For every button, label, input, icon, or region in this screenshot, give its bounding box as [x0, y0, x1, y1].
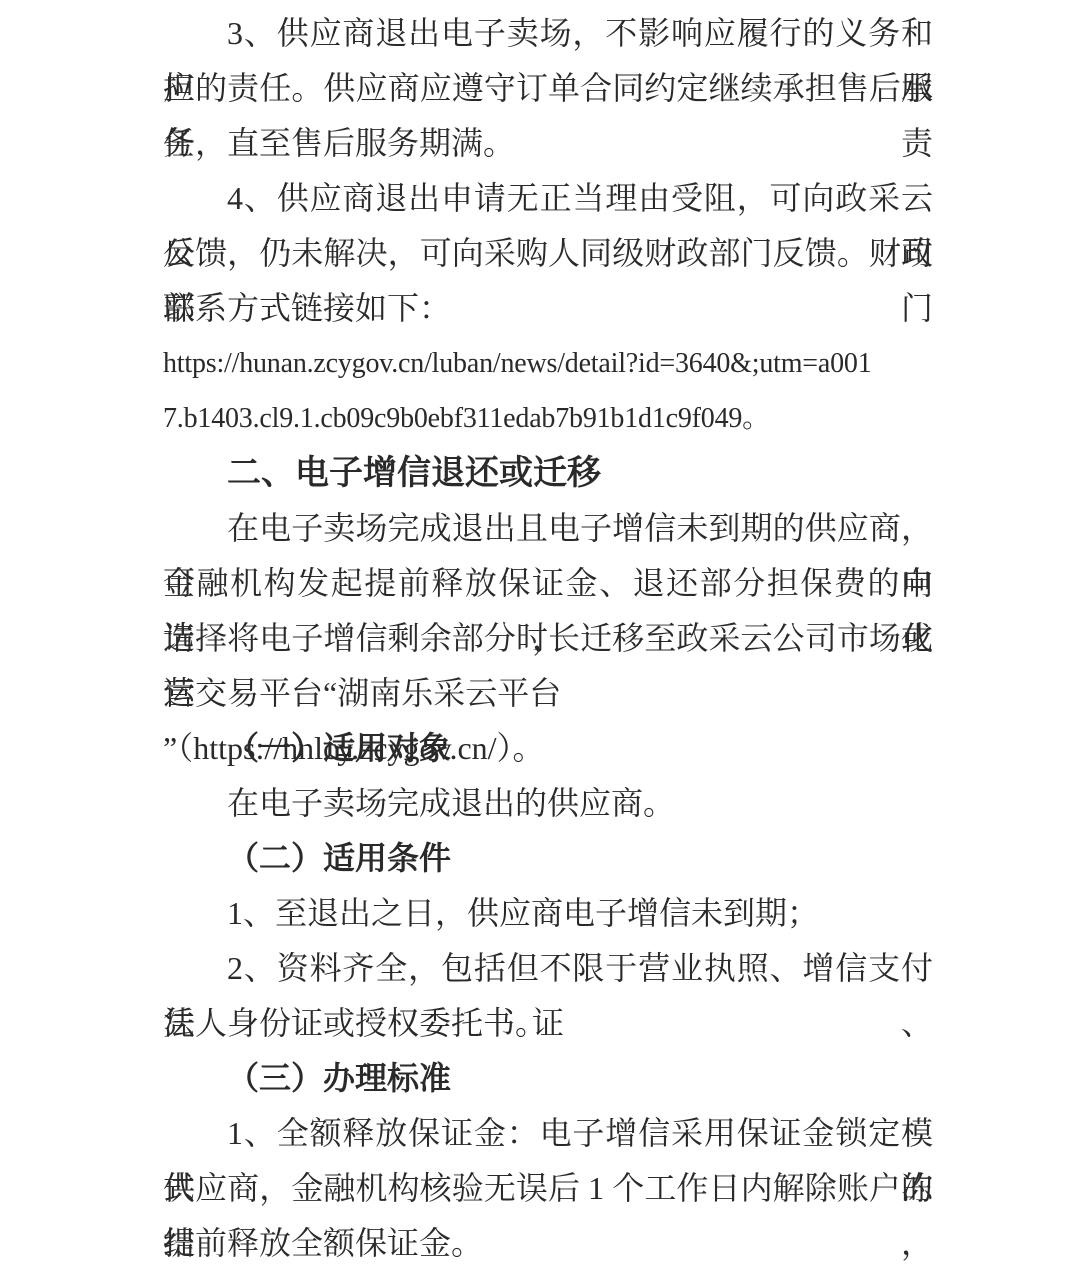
paragraph-line: 2、资料齐全，包括但不限于营业执照、增信支付凭证、	[163, 941, 933, 996]
paragraph-line: 反馈，仍未解决，可向采购人同级财政部门反馈。财政部门	[163, 226, 933, 281]
paragraph-line: 在电子卖场完成退出的供应商。	[163, 776, 933, 831]
subsection-heading: （二）适用条件	[163, 831, 933, 886]
paragraph-line: 4、供应商退出申请无正当理由受阻，可向政采云公司	[163, 171, 933, 226]
document-page: 3、供应商退出电子卖场，不影响应履行的义务和应承 担的责任。供应商应遵守订单合同…	[0, 0, 1080, 1264]
paragraph-line: 3、供应商退出电子卖场，不影响应履行的义务和应承	[163, 6, 933, 61]
section-heading: 二、电子增信退还或迁移	[163, 446, 933, 501]
paragraph-line: 担的责任。供应商应遵守订单合同约定继续承担售后服务责	[163, 61, 933, 116]
paragraph-line: 金融机构发起提前释放保证金、退还部分担保费的申请，或	[163, 556, 933, 611]
paragraph-line: 供应商，金融机构核验无误后 1 个工作日内解除账户冻结，	[163, 1161, 933, 1216]
contact-url-line: https://hunan.zcygov.cn/luban/news/detai…	[163, 336, 933, 391]
subsection-heading: （一）适用对象	[163, 721, 933, 776]
paragraph-line: 选择将电子增信剩余部分时长迁移至政采云公司市场化运	[163, 611, 933, 666]
subsection-heading: （三）办理标准	[163, 1051, 933, 1106]
paragraph-line: 1、全额释放保证金：电子增信采用保证金锁定模式的	[163, 1106, 933, 1161]
contact-url-line: 7.b1403.cl9.1.cb09c9b0ebf311edab7b91b1d1…	[163, 391, 933, 446]
paragraph-line: 1、至退出之日，供应商电子增信未到期；	[163, 886, 933, 941]
paragraph-line: 在电子卖场完成退出且电子增信未到期的供应商，可向	[163, 501, 933, 556]
paragraph-line: 营交易平台“湖南乐采云平台 ”（https://hnlcy.zcygov.cn/…	[163, 666, 933, 721]
